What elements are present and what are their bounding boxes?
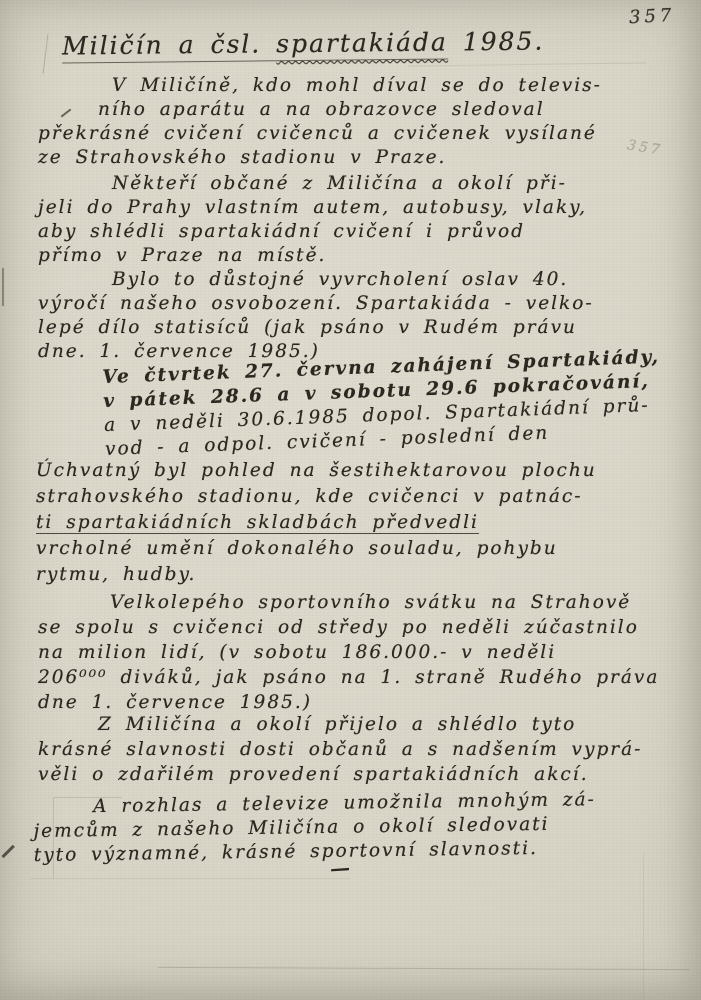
pencil-box-top-line [54,797,122,798]
handwritten-line: Někteří občané z Miličína a okolí při- [112,172,587,196]
handwritten-line: výročí našeho osvobození. Spartakiáda - … [38,292,594,316]
handwritten-line: věli o zdařilém provedení spartakiádních… [38,762,642,787]
handwritten-line: strahovského stadionu, kde cvičenci v pa… [36,484,597,510]
handwritten-line: Úchvatný byl pohled na šestihektarovou p… [36,458,597,484]
pencil-bottom-rule [158,967,690,970]
paragraph-5: Úchvatný byl pohled na šestihektarovou p… [36,458,597,588]
page-number-faint: 357 [626,137,664,158]
paragraph-8: A rozhlas a televize umožnila mnohým zá-… [33,788,597,868]
handwritten-line: vrcholné umění dokonalého souladu, pohyb… [36,536,597,562]
pencil-corner-mark [43,34,49,74]
handwritten-line: V Miličíně, kdo mohl díval se do televis… [112,74,602,98]
handwritten-line: Bylo to důstojné vyvrcholení oslav 40. [112,268,594,292]
title-underlined-part: Miličín a čsl. spartakiáda [62,27,448,63]
handwritten-line: jeli do Prahy vlastním autem, autobusy, … [38,196,587,220]
pencil-title-rule [408,62,646,66]
paragraph-4: Ve čtvrtek 27. června zahájení Spartakiá… [102,346,663,462]
handwritten-line: na milion lidí, (v sobotu 186.000.- v ne… [38,640,659,665]
pencil-box-left-line [53,797,54,879]
handwritten-line: se spolu s cvičenci od středy po neděli … [38,615,659,640]
paragraph-2: Někteří občané z Miličína a okolí při- j… [38,172,587,268]
page-number: 357 [628,5,675,28]
document-title: Miličín a čsl. spartakiáda 1985. [62,25,545,62]
handwritten-line: lepé dílo statisíců (jak psáno v Rudém p… [38,316,594,340]
handwritten-line: krásné slavnosti dosti občanů a s nadšen… [38,737,642,762]
ink-margin-tick [1,845,14,858]
paragraph-6: Velkolepého sportovního svátku na Straho… [38,590,659,715]
handwritten-line: ze Strahovského stadionu v Praze. [38,146,602,170]
paragraph-3: Bylo to důstojné vyvrcholení oslav 40. v… [38,268,594,364]
paper-fold-line [643,852,644,1000]
handwritten-line: aby shlédli spartakiádní cvičení i průvo… [38,220,587,244]
pencil-box-bottom-line [30,878,350,879]
handwritten-line: rytmu, hudby. [36,562,597,588]
handwritten-line: přímo v Praze na místě. [38,244,587,268]
title-text-wavy: spartakiáda [276,27,448,58]
left-edge-mark [2,268,4,306]
handwritten-line: Z Miličína a okolí přijelo a shlédlo tyt… [98,712,642,737]
paragraph-1: V Miličíně, kdo mohl díval se do televis… [38,74,602,170]
paragraph-7: Z Miličína a okolí přijelo a shlédlo tyt… [38,712,642,787]
handwritten-line: překrásné cvičení cvičenců a cvičenek vy… [38,122,602,146]
scanned-document-page: 357 357 Miličín a čsl. spartakiáda 1985.… [0,0,701,1000]
handwritten-line: Velkolepého sportovního svátku na Straho… [110,590,659,615]
handwritten-line: 206⁰⁰⁰ diváků, jak psáno na 1. straně Ru… [38,665,659,690]
handwritten-line: ti spartakiádních skladbách předvedli [36,510,597,536]
end-mark: — [329,855,351,880]
handwritten-line: ního aparátu a na obrazovce sledoval [98,98,602,122]
title-text-2: 1985. [448,26,545,56]
title-text-1: Miličín a čsl. [62,29,276,60]
